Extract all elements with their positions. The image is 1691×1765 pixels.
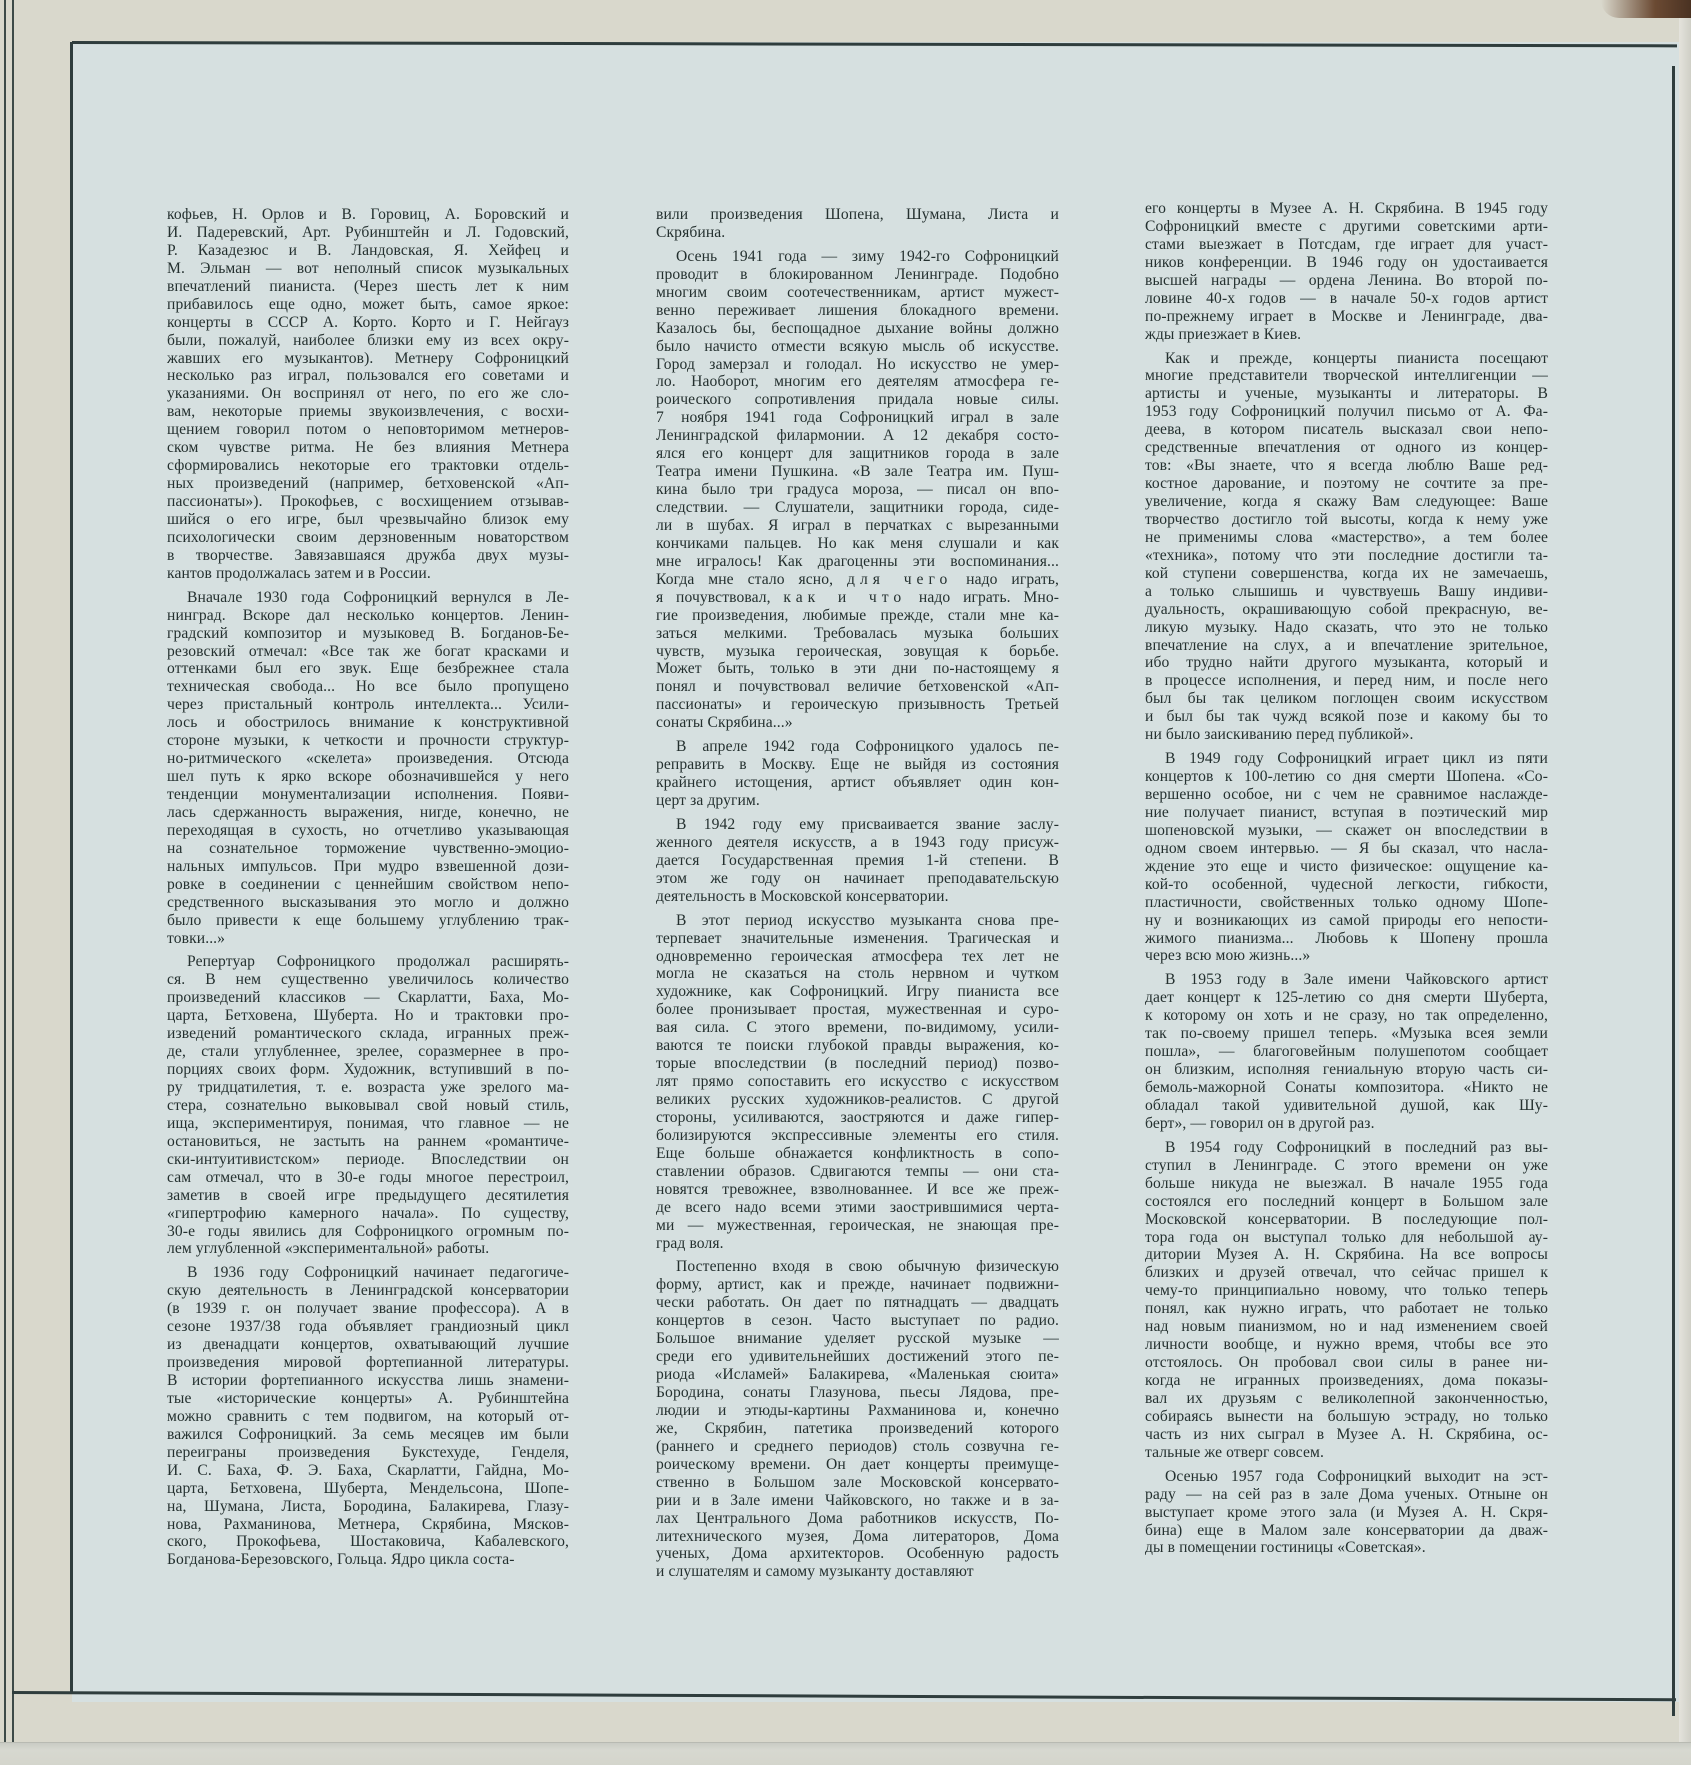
text-line: «гипертрофию камерного начала». По сущес… [167,1205,569,1223]
text-line: нинград. Вскоре дал несколько концертов.… [167,607,569,625]
text-line: И. Падеревский, Арт. Рубинштейн и Л. Год… [167,224,569,242]
text-line: пассионаты» и героическую призывность Тр… [656,696,1059,714]
text-line: В этот период искусство музыканта снова … [656,912,1059,930]
text-line: роического сопротивления придала новые с… [656,391,1059,409]
text-line: сформировались некоторые его трактовки о… [167,457,569,475]
text-line: этом же году он начинает преподавательск… [656,870,1059,888]
text-line: ваются те поиски глубокой правды выражен… [656,1037,1059,1055]
text-line: ни было заискиванию перед публикой». [1145,726,1548,744]
paragraph: Как и прежде, концерты пианиста посещают… [1145,350,1548,745]
text-line: концертов к 100-летию со дня смерти Шопе… [1145,768,1548,786]
text-line: Московской консерватории. В последующие … [1145,1211,1548,1229]
text-line: крайнего истощения, артист объявляет оди… [656,774,1059,792]
text-line: кантов продолжалась затем и в России. [167,565,569,583]
text-line: лят прямо сопоставить его искусство с ис… [656,1073,1059,1091]
text-line: шопеновской музыки, — скажет он впоследс… [1145,822,1548,840]
text-line: остановиться, не застыть на раннем «рома… [167,1133,569,1151]
text-line: Скрябина. [656,224,1059,242]
text-line: ища, экспериментируя, понимая, что главн… [167,1115,569,1133]
text-line: к которому он хоть и не сразу, но так оп… [1145,1007,1548,1025]
text-line: Вначале 1930 года Софроницкий вернулся в… [167,589,569,607]
text-line: ли в шубах. Я играл в перчатках с выреза… [656,517,1059,535]
text-line: ибо трудно найти другого музыканта, кото… [1145,654,1548,672]
paragraph: Осенью 1957 года Софроницкий выходит на … [1145,1468,1548,1558]
text-line: порциях своих форм. Художник, вступивший… [167,1061,569,1079]
text-line: обладал такой удивительной душой, как Шу… [1145,1097,1548,1115]
text-line: Осенью 1957 года Софроницкий выходит на … [1145,1468,1548,1486]
text-line: же, Скрябин, патетика произведений котор… [656,1420,1059,1438]
text-line: ловине 40-х годов — в начале 50-х годов … [1145,290,1548,308]
paragraph: В 1949 году Софроницкий играет цикл из п… [1145,750,1548,965]
bottom-page-edge [0,1742,1691,1765]
text-line: градский композитор и музыковед В. Богда… [167,625,569,643]
text-line: высшей награды — ордена Ленина. Во второ… [1145,272,1548,290]
text-line: ученых, Дома архитекторов. Особенную рад… [656,1545,1059,1563]
text-line: форму, артист, как и прежде, начинает по… [656,1276,1059,1294]
text-line: можно сравнить с тем подвигом, на которы… [167,1408,569,1426]
text-line: собираясь вынести на большую эстраду, но… [1145,1408,1548,1426]
text-line: могла не сказаться на столь нервном и чу… [656,965,1059,983]
text-line: ды в помещении гостиницы «Советская». [1145,1539,1548,1557]
text-line: художнике, как Софроницкий. Игру пианист… [656,983,1059,1001]
text-line: ском чувстве ритма. Не без влияния Метне… [167,439,569,457]
text-line: М. Эльман — вот неполный список музыкаль… [167,260,569,278]
text-line: более пронизывает простая, мужественная … [656,1001,1059,1019]
text-line: В 1936 году Софроницкий начинает педагог… [167,1264,569,1282]
text-line: стороны, усиливаются, заостряются и даже… [656,1109,1059,1127]
paragraph: В этот период искусство музыканта снова … [656,912,1059,1253]
text-line: торые впоследствии (в последний период) … [656,1055,1059,1073]
text-column-2: вили произведения Шопена, Шумана, Листа … [656,206,1059,1581]
text-line: жавших его музыкантов). Метнеру Софрониц… [167,350,569,368]
text-line: терпевает значительные изменения. Трагич… [656,930,1059,948]
text-line: личности вообще, и нужно время, чтобы вс… [1145,1336,1548,1354]
previous-page-edge-rule [12,0,14,1765]
paragraph: Постепенно входя в свою обычную физическ… [656,1258,1059,1581]
text-line: техническая свобода... Но все было пропу… [167,678,569,696]
text-line: тенденции монументализации исполнения. П… [167,786,569,804]
text-line: кой ступени совершенства, когда их не за… [1145,565,1548,583]
text-line: а только слышишь и чувствуешь Вашу индив… [1145,583,1548,601]
text-line: ников конференции. В 1946 году он удоста… [1145,254,1548,272]
corner-shadow [1601,0,1691,18]
text-line: товки...» [167,930,569,948]
text-line: лась сдержанность выражения, нигде, коне… [167,804,569,822]
text-line: на, Шумана, Листа, Бородина, Балакирева,… [167,1498,569,1516]
text-line: заметив в своей игре предыдущего десятил… [167,1187,569,1205]
text-line: берт», — говорил он в другой раз. [1145,1115,1548,1133]
text-line: резовский отмечал: «Все так же богат кра… [167,643,569,661]
text-line: прибавилось еще одно, может быть, самое … [167,296,569,314]
text-line: когда не игранных произведениях, дома по… [1145,1372,1548,1390]
text-line: 30-е годы явились для Софроницкого огром… [167,1223,569,1241]
text-line: шел путь к ярко вскоре обозначившейся у … [167,768,569,786]
text-line: де всего надо всеми этими заострившимися… [656,1199,1059,1217]
text-line: Постепенно входя в свою обычную физическ… [656,1258,1059,1276]
text-line: сонаты Скрябина...» [656,714,1059,732]
text-line: дается Государственная премия 1-й степен… [656,852,1059,870]
emphasized-text: как и что [783,589,906,606]
text-line: ся. В нем существенно увеличилось количе… [167,971,569,989]
text-line: царта, Бетховена, Шуберта, Мендельсона, … [167,1480,569,1498]
text-line: бина) еще в Малом зале консерватории да … [1145,1522,1548,1540]
paragraph: В 1936 году Софроницкий начинает педагог… [167,1264,569,1569]
text-line: ялся его концерт для защитников города в… [656,445,1059,463]
text-line: лось и обострилось внимание к конструкти… [167,714,569,732]
text-line: над новым пианизмом, но и над изменением… [1145,1318,1548,1336]
text-line: дуальность, окрашивающую собой прекрасну… [1145,601,1548,619]
text-line: вал их друзьям с великолепной законченно… [1145,1390,1548,1408]
text-line: лем углубленной «экспериментальной» рабо… [167,1240,569,1258]
text-line: через всю мою жизнь...» [1145,947,1548,965]
text-line: вая сила. С этого времени, по-видимому, … [656,1019,1059,1037]
text-line: понял и почувствовал величие бетховенско… [656,678,1059,696]
text-line: Осень 1941 года — зиму 1942-го Софроницк… [656,248,1059,266]
text-line: град воля. [656,1235,1059,1253]
paragraph: Осень 1941 года — зиму 1942-го Софроницк… [656,248,1059,732]
text-line: тые «исторические концерты» А. Рубинштей… [167,1390,569,1408]
text-line: через пристальный контроль интеллекта...… [167,696,569,714]
text-line: Р. Казадезюс и В. Ландовская, Я. Хейфец … [167,242,569,260]
text-line: одновременно героическая атмосфера тех л… [656,948,1059,966]
text-line: людии и этюды-картины Рахманинова и, кон… [656,1402,1059,1420]
paragraph: В 1942 году ему присваивается звание зас… [656,816,1059,906]
text-column-3: его концерты в Музее А. Н. Скрябина. В 1… [1145,200,1548,1557]
text-line: риода «Исламей» Балакирева, «Маленькая с… [656,1366,1059,1384]
text-line: Бородина, сонаты Глазунова, пьесы Лядова… [656,1384,1059,1402]
text-line: психологически своим дерзновенным новато… [167,529,569,547]
text-line: ровке в соединении с ценнейшим свойством… [167,876,569,894]
text-line: ликую музыку. Надо сказать, что это не т… [1145,619,1548,637]
text-line: ски-интуитивистском» периоде. Впоследств… [167,1151,569,1169]
text-line: среди его удивительнейших достижений это… [656,1348,1059,1366]
text-line: по-прежнему играет в Москве и Ленинграде… [1145,308,1548,326]
text-line: дитории Музея А. Н. Скрябина. На все воп… [1145,1246,1548,1264]
text-line: понял, как нужно играть, что работает не… [1145,1300,1548,1318]
text-line: ского, Прокофьева, Шостаковича, Кабалевс… [167,1533,569,1551]
text-line: ственно в Большом зале Московской консер… [656,1474,1059,1492]
text-line: следствии. — Слушатели, защитники города… [656,499,1059,517]
text-line: бемоль-мажорной Сонаты композитора. «Ник… [1145,1079,1548,1097]
text-line: в процессе исполнения, и перед ним, и по… [1145,672,1548,690]
text-line: стами выезжает в Потсдам, где играет для… [1145,236,1548,254]
text-line: мне игралось! Как драгоценны эти воспоми… [656,553,1059,571]
text-line: отстоялось. Он пробовал свои силы в ране… [1145,1354,1548,1372]
paragraph: кофьев, Н. Орлов и В. Горовиц, А. Боровс… [167,206,569,583]
text-line: произведения мировой фортепианной литера… [167,1354,569,1372]
text-line: 7 ноября 1941 года Софроницкий играл в з… [656,409,1059,427]
paragraph: В апреле 1942 года Софроницкого удалось … [656,738,1059,810]
text-line: тов: «Вы знаете, что я всегда люблю Ваше… [1145,457,1548,475]
text-line: 1953 году Софроницкий получил письмо от … [1145,403,1548,421]
text-line: ми — мужественная, героическая, не знающ… [656,1217,1059,1235]
text-line: проводит в блокированном Ленинграде. Под… [656,266,1059,284]
text-line: Когда мне стало ясно, для чего надо игра… [656,571,1059,589]
text-line: болизируются экспрессивные элементы его … [656,1127,1059,1145]
text-line: близких и друзей отвечал, что сейчас при… [1145,1264,1548,1282]
text-line: его концерты в Музее А. Н. Скрябина. В 1… [1145,200,1548,218]
text-line: средственного высказывания это могло и д… [167,894,569,912]
text-line: нова, Рахманинова, Метнера, Скрябина, Мя… [167,1516,569,1534]
text-line: кина было три градуса мороза, — писал он… [656,481,1059,499]
text-line: Еще больше обнажается конфликтность в со… [656,1145,1059,1163]
text-line: (в 1939 г. он получает звание профессора… [167,1300,569,1318]
text-line: кой-то особенной, чудесной легкости, гиб… [1145,876,1548,894]
text-line: он близким, исполняя гениальную вторую ч… [1145,1061,1548,1079]
paragraph: вили произведения Шопена, Шумана, Листа … [656,206,1059,242]
text-line: оттенками был его звук. Еще безбрежнее с… [167,660,569,678]
text-line: Как и прежде, концерты пианиста посещают [1145,350,1548,368]
text-line: Театра имени Пушкина. «В зале Театра им.… [656,463,1059,481]
text-line: литехнического музея, Дома литераторов, … [656,1528,1059,1546]
text-line: указаниями. Он воспринял от него, по его… [167,385,569,403]
text-line: многим своим соотечественникам, артист м… [656,284,1059,302]
text-line: чески работать. Он дает по пятнадцать — … [656,1294,1059,1312]
text-line: было привести к еще большему углублению … [167,912,569,930]
text-line: и был бы так чужд всякой позе и какому б… [1145,708,1548,726]
text-line: Ленинградской филармонии. А 12 декабря с… [656,427,1059,445]
text-line: кофьев, Н. Орлов и В. Горовиц, А. Боровс… [167,206,569,224]
text-line: пассионаты»). Прокофьев, с восхищением о… [167,493,569,511]
text-line: из двенадцати концертов, охватывающий лу… [167,1336,569,1354]
text-line: переходящая в сухость, но отчетливо указ… [167,822,569,840]
text-line: концертов в сезон. Часто выступает по ра… [656,1312,1059,1330]
text-line: изведений романтического склада, игранны… [167,1025,569,1043]
text-column-1: кофьев, Н. Орлов и В. Горовиц, А. Боровс… [167,206,569,1569]
text-line: костное дарование, и поэтому не сочтите … [1145,475,1548,493]
text-line: на сознательное торможение чувственно-эм… [167,840,569,858]
text-line: рии и в Зале имени Чайковского, но также… [656,1492,1059,1510]
text-line: многие представители творческой интеллиг… [1145,367,1548,385]
text-line: ставлении образов. Сдвигаются темпы — он… [656,1163,1059,1181]
text-line: дает концерт к 125-летию со дня смерти Ш… [1145,989,1548,1007]
paragraph: В 1954 году Софроницкий в последний раз … [1145,1139,1548,1462]
text-line: щением говорил потом о неповторимом метн… [167,421,569,439]
text-line: ных произведений (например, бетховенской… [167,475,569,493]
text-line: скую деятельность в Ленинградской консер… [167,1282,569,1300]
text-line: тора года он выступал только для небольш… [1145,1229,1548,1247]
text-line: переиграны произведения Букстехуде, Генд… [167,1444,569,1462]
text-line: Город замерзал и голодал. Но искусство н… [656,356,1059,374]
text-line: ру тридцатилетия, т. е. возраста уже зре… [167,1079,569,1097]
text-line: Может быть, только в эти дни по-настояще… [656,660,1059,678]
text-line: творчество достигло той высоты, когда к … [1145,511,1548,529]
text-line: новятся тревожнее, взволнованнее. И все … [656,1181,1059,1199]
text-line: так по-своему пришел теперь. «Музыка все… [1145,1025,1548,1043]
text-line: жды приезжает в Киев. [1145,326,1548,344]
text-line: В апреле 1942 года Софроницкого удалось … [656,738,1059,756]
text-line: чему-то принципиально новому, что только… [1145,1282,1548,1300]
text-line: реправить в Москву. Еще не выйдя из сост… [656,756,1059,774]
text-line: В 1949 году Софроницкий играет цикл из п… [1145,750,1548,768]
text-line: было начисто отмести всякую мысль об иск… [656,338,1059,356]
paragraph: В 1953 году в Зале имени Чайковского арт… [1145,971,1548,1132]
text-line: были, пожалуй, наиболее близки ему из вс… [167,332,569,350]
text-line: важился Софроницкий. За семь месяцев им … [167,1426,569,1444]
text-line: выступает кроме этого зала (и Музея А. Н… [1145,1504,1548,1522]
text-line: раду — на сей раз в зале Дома ученых. От… [1145,1486,1548,1504]
paragraph: Репертуар Софроницкого продолжал расширя… [167,953,569,1258]
text-line: ние получает пианист, вступая в поэтичес… [1145,804,1548,822]
text-line: венно переживает лишения блокадного врем… [656,302,1059,320]
text-line: великих русских художников-реалистов. С … [656,1091,1059,1109]
text-line: впечатление на слух, а и впечатление зри… [1145,637,1548,655]
text-line: и слушателям и самому музыканту доставля… [656,1563,1059,1581]
text-line: ступил в Ленинграде. С этого времени он … [1145,1157,1548,1175]
text-line: Большое внимание уделяет русской музыке … [656,1330,1059,1348]
text-line: вам, некоторые приемы звукоизвлечения, с… [167,403,569,421]
text-line: церт за другим. [656,792,1059,810]
text-line: Репертуар Софроницкого продолжал расширя… [167,953,569,971]
text-line: вершенно особое, ни с чем не сравнимое н… [1145,786,1548,804]
text-line: жимого пианизма... Любовь к Шопену прошл… [1145,930,1548,948]
text-line: одном своем интервью. — Я бы сказал, что… [1145,840,1548,858]
paragraph: Вначале 1930 года Софроницкий вернулся в… [167,589,569,948]
text-line: состоялся его последний концерт в Большо… [1145,1193,1548,1211]
previous-page-edge-rule [4,0,6,1765]
frame-border-right [1672,66,1675,1716]
emphasized-text: для чего [847,571,952,588]
text-line: лах Центрального Дома работников искусст… [656,1510,1059,1528]
text-line: я почувствовал, как и что надо играть. М… [656,589,1059,607]
text-line: стороне музыки, к четкости и прочности с… [167,732,569,750]
text-line: де, стали углубленнее, зрелее, соразмерн… [167,1043,569,1061]
text-line: пластичности, свойственных только одному… [1145,894,1548,912]
text-line: ло. Наоборот, многим его деятелям атмосф… [656,373,1059,391]
text-line: В 1954 году Софроницкий в последний раз … [1145,1139,1548,1157]
text-line: вили произведения Шопена, Шумана, Листа … [656,206,1059,224]
text-line: В 1942 году ему присваивается звание зас… [656,816,1059,834]
page-edge [1679,0,1691,1765]
text-line: «техника», потому что эти последние дост… [1145,547,1548,565]
text-line: чувств, музыка героическая, зовущая к бо… [656,643,1059,661]
text-line: В 1953 году в Зале имени Чайковского арт… [1145,971,1548,989]
text-line: впечатлений пианиста. (Через шесть лет к… [167,278,569,296]
text-line: шийся о его игре, был чрезвычайно близок… [167,511,569,529]
frame-border-left [70,42,73,1694]
text-line: женного деятеля искусств, а в 1943 году … [656,834,1059,852]
text-line: артисты и ученые, музыканты и литераторы… [1145,385,1548,403]
text-line: произведений классиков — Скарлатти, Баха… [167,989,569,1007]
text-line: Казалось бы, беспощадное дыхание войны д… [656,320,1059,338]
text-line: ждение это еще и чисто физическое: ощуще… [1145,858,1548,876]
text-line: деятельность в Московской консерватории. [656,888,1059,906]
paragraph: его концерты в Музее А. Н. Скрябина. В 1… [1145,200,1548,344]
text-line: заться мелкими. Требовалась музыка больш… [656,625,1059,643]
text-line: ну и возникающих из самой природы его не… [1145,912,1548,930]
text-line: (раннего и среднего периодов) столь созв… [656,1438,1059,1456]
text-line: больше никуда не выезжал. В начале 1955 … [1145,1175,1548,1193]
text-line: Софроницкий вместе с другими советскими … [1145,218,1548,236]
text-line: пошла», — благоговейным полушепотом сооб… [1145,1043,1548,1061]
text-line: несколько раз играл, пользовался его сов… [167,367,569,385]
text-line: кончиками пальцев. Но как меня слушали и… [656,535,1059,553]
text-line: был бы так целиком поглощен своим искусс… [1145,690,1548,708]
text-line: стера, сознательно выковывал свой новый … [167,1097,569,1115]
text-line: царта, Бетховена, Шуберта. Но и трактовк… [167,1007,569,1025]
text-line: увеличение, когда я скажу Вам следующее:… [1145,493,1548,511]
text-line: Богданова-Березовского, Гольца. Ядро цик… [167,1551,569,1569]
text-line: часть из них сыграл в Музее А. Н. Скряби… [1145,1426,1548,1444]
text-line: нальных импульсов. При мудро взвешенной … [167,858,569,876]
text-line: концерты в СССР А. Корто. Корто и Г. Ней… [167,314,569,332]
text-line: В истории фортепианного искусства лишь з… [167,1372,569,1390]
text-line: сезоне 1937/38 года объявляет грандиозны… [167,1318,569,1336]
text-line: И. С. Баха, Ф. Э. Баха, Скарлатти, Гайдн… [167,1462,569,1480]
text-line: роическому времени. Он дает концерты пре… [656,1456,1059,1474]
text-line: в творчестве. Завязавшаяся дружба двух м… [167,547,569,565]
text-line: гие произведения, любимые прежде, стали … [656,607,1059,625]
text-line: тальные же отверг совсем. [1145,1444,1548,1462]
text-line: но-ритмического «скелета» произведения. … [167,750,569,768]
text-line: деева, в котором писатель высказал свои … [1145,421,1548,439]
text-line: средственные впечатления от одного из ко… [1145,439,1548,457]
text-line: не применимы слова «мастерство», а тем б… [1145,529,1548,547]
text-line: сам отмечал, что в 30-е годы многое пере… [167,1169,569,1187]
